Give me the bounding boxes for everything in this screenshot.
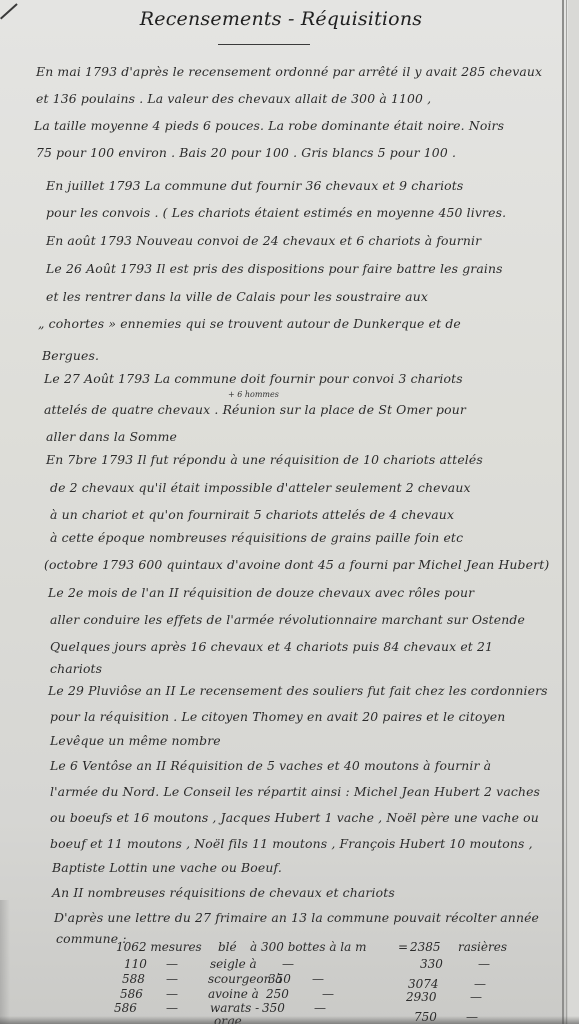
page-bottom-shadow <box>0 1016 579 1024</box>
table-cell-crop: blé <box>218 940 237 954</box>
text-line: Quelques jours après 16 chevaux et 4 cha… <box>50 639 493 654</box>
text-line: „ cohortes » ennemies qui se trouvent au… <box>38 316 461 331</box>
table-cell-qty: 586 <box>120 987 143 1001</box>
table-cell-crop: avoine à <box>208 987 259 1001</box>
text-line: La taille moyenne 4 pieds 6 pouces. La r… <box>34 118 504 133</box>
text-line: chariots <box>50 661 102 676</box>
text-line: 75 pour 100 environ . Bais 20 pour 100 .… <box>36 145 456 160</box>
table-cell-qty: 586 <box>114 1001 137 1015</box>
text-line: En mai 1793 d'après le recensement ordon… <box>36 64 542 79</box>
text-line: pour la réquisition . Le citoyen Thomey … <box>50 709 505 724</box>
table-cell-dash: — <box>166 1001 178 1015</box>
table-cell-dash: — <box>166 972 178 986</box>
table-cell-total: 330 <box>420 957 443 971</box>
text-line: Le 2e mois de l'an II réquisition de dou… <box>48 585 474 600</box>
text-line: à un chariot et qu'on fournirait 5 chari… <box>50 507 454 522</box>
table-cell-qty: 110 <box>124 957 147 971</box>
text-line: Baptiste Lottin une vache ou Boeuf. <box>52 860 282 875</box>
table-cell-dash: — <box>312 972 324 986</box>
table-cell-unit: — <box>478 957 490 971</box>
table-cell-rate: 250 <box>266 987 289 1001</box>
table-cell-dash: — <box>322 987 334 1001</box>
text-line: Le 29 Pluviôse an II Le recensement des … <box>48 683 548 698</box>
text-line: et les rentrer dans la ville de Calais p… <box>46 289 428 304</box>
text-line: Le 27 Août 1793 La commune doit fournir … <box>44 371 463 386</box>
table-cell-rate: 350 <box>268 972 291 986</box>
table-cell-total: 2930 <box>406 990 437 1004</box>
text-line: aller conduire les effets de l'armée rév… <box>50 612 525 627</box>
manuscript-page: Recensements - Réquisitions En mai 1793 … <box>0 0 579 1024</box>
text-line: Le 26 Août 1793 Il est pris des disposit… <box>46 261 503 276</box>
text-line: D'après une lettre du 27 frimaire an 13 … <box>54 910 539 925</box>
text-line: l'armée du Nord. Le Conseil les répartit… <box>50 784 540 799</box>
table-cell-rate: 350 <box>262 1001 285 1015</box>
text-line: aller dans la Somme <box>46 429 177 444</box>
table-cell-rate: à 300 bottes à la m <box>250 940 366 954</box>
text-line: attelés de quatre chevaux . Réunion sur … <box>44 402 466 417</box>
table-cell-dash: — <box>282 957 294 971</box>
table-cell-total: 2385 <box>410 940 441 954</box>
text-line: En juillet 1793 La commune dut fournir 3… <box>46 178 463 193</box>
text-line: Bergues. <box>42 348 99 363</box>
table-cell-total: 3074 <box>408 977 439 991</box>
table-cell-eq: = <box>398 940 408 954</box>
text-line: à cette époque nombreuses réquisitions d… <box>50 530 463 545</box>
page-edge <box>568 0 579 1024</box>
text-line: et 136 poulains . La valeur des chevaux … <box>36 91 431 106</box>
text-line: En août 1793 Nouveau convoi de 24 chevau… <box>46 233 481 248</box>
text-line: boeuf et 11 moutons , Noël fils 11 mouto… <box>50 836 533 851</box>
table-cell-unit: — <box>470 990 482 1004</box>
text-line: ou boeufs et 16 moutons , Jacques Hubert… <box>50 810 539 825</box>
title-underline <box>218 44 310 45</box>
page-left-shadow <box>0 900 10 1024</box>
text-line: Le 6 Ventôse an II Réquisition de 5 vach… <box>50 758 491 773</box>
text-line: (octobre 1793 600 quintaux d'avoine dont… <box>44 557 549 572</box>
table-cell-unit: — <box>474 977 486 991</box>
margin-rule-inner <box>566 0 567 1024</box>
table-cell-crop: warats - <box>210 1001 259 1015</box>
margin-rule <box>562 0 564 1024</box>
table-cell-qty: 1062 mesures <box>116 940 202 954</box>
table-cell-dash: — <box>166 957 178 971</box>
text-line: En 7bre 1793 Il fut répondu à une réquis… <box>46 452 483 467</box>
text-line: An II nombreuses réquisitions de chevaux… <box>52 885 395 900</box>
page-title: Recensements - Réquisitions <box>0 8 562 30</box>
insertion-note: + 6 hommes <box>228 390 279 399</box>
text-line: de 2 chevaux qu'il était impossible d'at… <box>50 480 471 495</box>
table-cell-qty: 588 <box>122 972 145 986</box>
table-cell-dash: — <box>314 1001 326 1015</box>
table-cell-crop: seigle à <box>210 957 257 971</box>
table-cell-dash: — <box>166 987 178 1001</box>
table-cell-unit: rasières <box>458 940 507 954</box>
text-line: pour les convois . ( Les chariots étaien… <box>46 205 506 220</box>
text-line: Levêque un même nombre <box>50 733 221 748</box>
